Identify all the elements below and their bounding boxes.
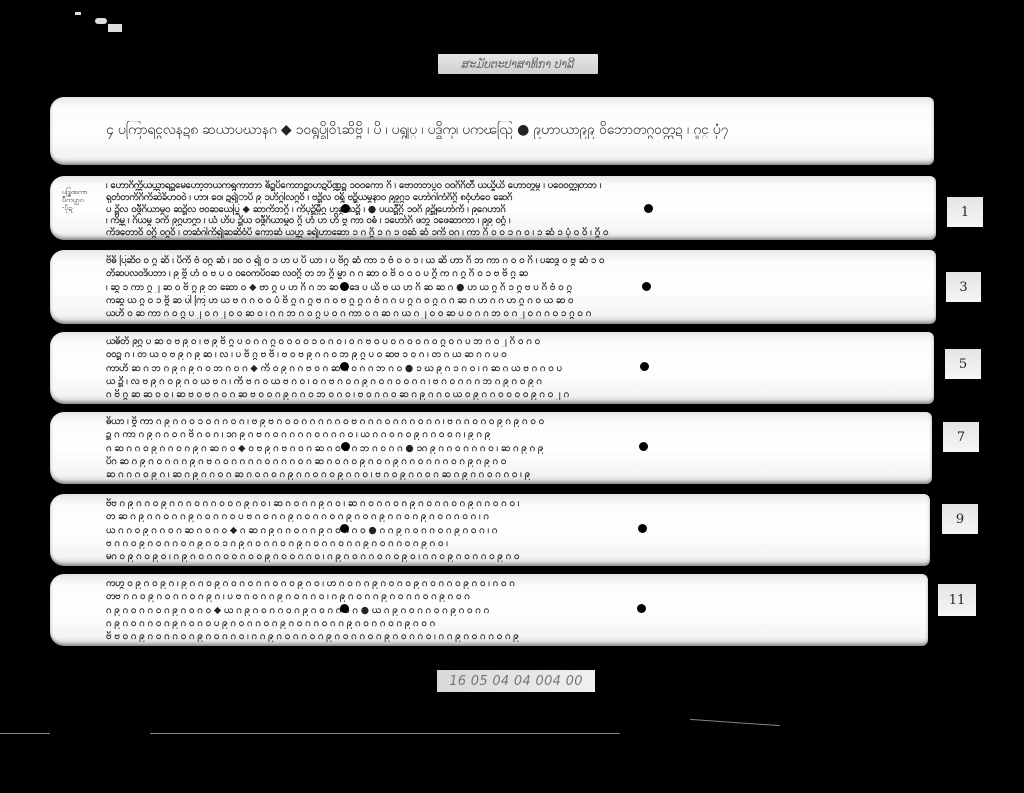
film-scratch xyxy=(0,733,50,734)
leaf-text-line: ဍ္ဂ ဂ ကာ ဂ ၉ ဂ ဂ ၀ ဂ ဗိ ဂ ၀ ဂ ၊ ၁ဂ ၉ ဂ ဗ… xyxy=(106,429,908,440)
leaf-text-line: ဗိဓိ ပြဆိ၀ ၀ ဂ္ဂ ဆိ ၊ ပိကိ ဗံ ၀ဂ္ဂ ဆံ ၊ … xyxy=(106,255,912,266)
leaf-text-line: ၊ ဆ္ဂ ၁ ကာ ဂ္ဂ ၂ ဆ ၀ ဗိ ဂ္ဂ ၉ ဘ ဆော ၀ ◆ … xyxy=(106,282,912,293)
film-speck xyxy=(95,18,107,24)
leaf-text-line: မဂ ၀ ၉ ဂ ၀ ၉ ၀ ၊ ဂ ၉ ဂ ၀ ဂ ဂ ၀ ၀ ဂ ၀ ၀ ၉… xyxy=(106,551,906,562)
binding-hole xyxy=(340,362,349,371)
leaf-text-line: တဗ ဂ ဂ ၀ ၉ ဂ ၀ ဂ ဂ ၀ ဂ ၉ ဂ ၊ ပ ဗ ဂ ၀ ဂ ဂ… xyxy=(106,591,904,602)
leaf-text-line: ပ ဍ္ဂိလ ၀ဖ္ဂ်ိဂိယာမ္ဂဝ ဆဍ္ဂိလ ဗဝဆယေပ္ဂြ … xyxy=(106,204,912,215)
leaf-text-line: ဂ ၉ ဂ ၀ ဂ ဂ ၀ ဂ ၉ ဂ ၀ ဂ ၀ ◆ ယ ဂ ၉ ဂ ၀ ဂ … xyxy=(106,605,904,616)
margin-note: ပဒ္ဓြဏကာ ပ်ိကၯွဝ -ပိုဍ xyxy=(62,188,88,212)
leaf-text-line: တ ဆ ဂ ၉ ဂ ဂ ၀ ဂ ဂ ၉ ဂ ၀ ဂ ဂ ၀ ပ ဗ ဂ ၀ ဂ … xyxy=(106,511,906,522)
film-speck xyxy=(108,24,122,32)
page-number-label: 9 xyxy=(942,504,978,534)
palm-leaf-title: ၄ ပကြာရင္ဂလနဍ၈ ဆယာပဃာနဂ ◆ ၁၀ရွပ္ခိုဝိၤဆိ… xyxy=(50,97,934,165)
page-number-label: 3 xyxy=(946,272,981,302)
leaf-text-line: ရှတံတကိဂိကိဆဲခိဟ၀ဝဲ ၊ ဟာ၊ ဝေ၊ ဍ၍ာပိ ၉ ၁ဟ… xyxy=(106,192,912,203)
binding-hole xyxy=(640,362,649,371)
leaf-text-line: ၄ ပကြာရင္ဂလနဍ၈ ဆယာပဃာနဂ ◆ ၁၀ရွပ္ခိုဝိၤဆိ… xyxy=(106,121,904,139)
leaf-text-line: ယ ဂ ဂ ၀ ၉ ဂ ဂ ၀ ဂ ဆ ဂ ၀ ဂ ၀ ◆ ဂ ဆ ဂ ၉ ဂ … xyxy=(106,525,906,536)
palm-leaf-page-11: ကဟ္ဂ ၀ ၉ ဂ ၀ ၉ ဂ ၊ ၉ ဂ ဂ ၀ ၉ ဂ ၀ ဂ ၀ ဂ ဂ… xyxy=(50,574,928,646)
binding-hole xyxy=(644,204,653,213)
film-speck xyxy=(75,12,81,15)
palm-leaf-page-9: ဗိဗ ဂ ၉ ဂ ဂ ၀ ၉ ဂ ဂ ဂ ၀ ဂ ဂ ၀ ၀ ဂ ၉ ဂ ၀ … xyxy=(50,494,930,566)
binding-hole xyxy=(340,604,349,613)
leaf-text-line: ကဆ္ဂ ယ ဂ္ဂ ၀ ၁ ဗ္ဂိ ဆ ပါ ကြ ဟ ယ ဗ ဂ ဂ ၀ … xyxy=(106,295,912,306)
page-number-label: 1 xyxy=(947,197,983,227)
binding-hole xyxy=(639,442,648,451)
binding-hole xyxy=(638,524,647,533)
leaf-text-line: ကာဟိ ဆ ဂ ဘ ဂ ၉ ဂ ၉ ဂ ၀ ဘ ဂ ၀ ဂ ◆ ကိ ၀ ၉ … xyxy=(106,363,910,374)
palm-leaf-page-5: ယဓိတိ ၉ဂ္ဂ ပ ဆ ၀ ဗ ၉ ၀ ၊ ဗ ၉ ဗိ ဂ္ဂ ပ ၀ … xyxy=(50,332,934,404)
leaf-text-line: ယဓိတိ ၉ဂ္ဂ ပ ဆ ၀ ဗ ၉ ၀ ၊ ဗ ၉ ဗိ ဂ္ဂ ပ ၀ … xyxy=(106,336,910,347)
leaf-text-line: ၊ ဟောဂိက္ကိယယ္ဘာရဍ္ဂမေဟော့ဘယကရွကာဘာ ဓိဍ္… xyxy=(106,180,912,191)
binding-hole xyxy=(642,282,651,291)
palm-leaf-page-3: ဗိဓိ ပြဆိ၀ ၀ ဂ္ဂ ဆိ ၊ ပိကိ ဗံ ၀ဂ္ဂ ဆံ ၊ … xyxy=(50,250,936,324)
leaf-text-line: ယဟိ ၀ ဆ ကာ ဂ ၀ ဂ္ဂ ပ ၂ ၀ ဂ ၂ ၀ ၀ ဆ ၀ ၊ ဂ… xyxy=(106,308,912,319)
leaf-text-line: ယ ဍ္ဂိ ၊ လ ဗ ၉ ဂ ၀ ၉ ဂ ၀ ယ ဗ ဂ ၊ ကိ ဗ ဂ … xyxy=(106,376,910,387)
leaf-text-line: ပိဂ ဆ ဂ ၉ ဂ ၀ ဂ ဂ ဂ ၉ ဂ ဗ ဂ ၀ ဂ ဂ ဂ ဂ ၀ … xyxy=(106,456,908,467)
leaf-text-line: ဂ ၉ ဂ ၀ ဂ ဂ ၀ ဂ ၉ ဂ ၀ ဂ ၀ ပ ၉ ဂ ၀ ဂ ဂ ၀ … xyxy=(106,618,904,629)
leaf-text-line: ဆ ဂ ဂ ဂ ၀ ၉ ဂ ၊ ဆ ဂ ၉ ဂ ဂ ၀ ဂ ဆ ဂ ၀ ဂ ၀ … xyxy=(106,469,908,480)
leaf-text-line: ဗိ ဗ ၀ ဂ ၉ ဂ ၀ ဂ ဂ ၀ ဂ ၉ ဂ ၀ ဂ ဂ ၀ ၊ ဂ ဂ… xyxy=(106,631,904,642)
leaf-text-line: ၊ ကိမ္ဘ ၊ ဂိယမ္ဂ ၁ကိ ၉ဂ္ဂဟဂ္ဂာ ၊ ယံ ဟိပ … xyxy=(106,215,912,226)
archive-id-label: 16 05 04 04 004 00 xyxy=(437,670,595,692)
binding-hole xyxy=(340,524,349,533)
palm-leaf-page-7: ဓိယာ ၊ ဗ္ဂိ ကာ ဂ ၉ ဂ ဂ ၀ ၁ ၀ ဂ ဂ ၀ ဂ ၊ ဗ… xyxy=(50,412,932,484)
binding-hole xyxy=(637,604,646,613)
binding-hole xyxy=(340,282,349,291)
leaf-text-line: တိဆပလ၀ဒိပဘာ ၊ ၉ ဗ္ဂိ ဟံ ၀ ဗ ပ ၀ ၀ဝေဂာပိဝ… xyxy=(106,268,912,279)
leaf-text-line: ကိဒတော၀ိ ၀ဂ္ဂိ ၀ဂ္ဂဝိ ၊ တဆံဂါကိ၍ဆဆိဝံပိ … xyxy=(106,227,912,238)
page-number-label: 11 xyxy=(938,584,976,616)
palm-leaf-page-1: ပဒ္ဓြဏကာ ပ်ိကၯွဝ -ပိုဍ ၊ ဟောဂိက္ကိယယ္ဘာရ… xyxy=(50,176,936,240)
leaf-text-line: ၀၀ဍ္ဂ ဂ ၊ တ ယ ၀ ဗ ၉ ဂ ၉ ဆ ၊ လ ၊ ပ ဗိ ဂ္ဂ… xyxy=(106,349,910,360)
leaf-text-line: ဓိယာ ၊ ဗ္ဂိ ကာ ဂ ၉ ဂ ဂ ၀ ၁ ၀ ဂ ဂ ၀ ဂ ၊ ဗ… xyxy=(106,416,908,427)
film-scratch xyxy=(690,719,780,726)
leaf-text-line: ဗိဗ ဂ ၉ ဂ ဂ ၀ ၉ ဂ ဂ ဂ ၀ ဂ ဂ ၀ ၀ ဂ ၉ ဂ ၀ … xyxy=(106,498,906,509)
leaf-text-line: ကဟ္ဂ ၀ ၉ ဂ ၀ ၉ ဂ ၊ ၉ ဂ ဂ ၀ ၉ ဂ ၀ ဂ ၀ ဂ ဂ… xyxy=(106,578,904,589)
leaf-text-line: ဂ ဆ ဂ ဂ ၀ ၉ ဂ ဂ ၀ ဂ ၉ ဂ ဆ ဂ ၀ ◆ ၀ ဗ ၉ ဂ … xyxy=(106,443,908,454)
page-number-label: 7 xyxy=(943,422,979,452)
page-number-label: 5 xyxy=(945,349,981,379)
leaf-text-line: ဗ ဂ ဂ ၀ ၉ ဂ ၀ ဂ ဂ ၀ ဂ ၉ ဂ ၀ ၁ ဂ ၉ ဂ ၀ ဂ … xyxy=(106,538,906,549)
binding-hole xyxy=(341,204,350,213)
film-scratch xyxy=(150,733,620,734)
binding-hole xyxy=(341,442,350,451)
leaf-text-line: ဂ ဗိ ဂ္ဂ ဆ ဆ ၀ ၀ ၊ ဆ ဗ ၀ ဗ ဂ ၀ ဂ ဆ ဗ ၀ ၀… xyxy=(106,389,910,400)
document-title-label: ສະມັບຕະປາສາທິກາ ປາລີ xyxy=(438,54,598,74)
